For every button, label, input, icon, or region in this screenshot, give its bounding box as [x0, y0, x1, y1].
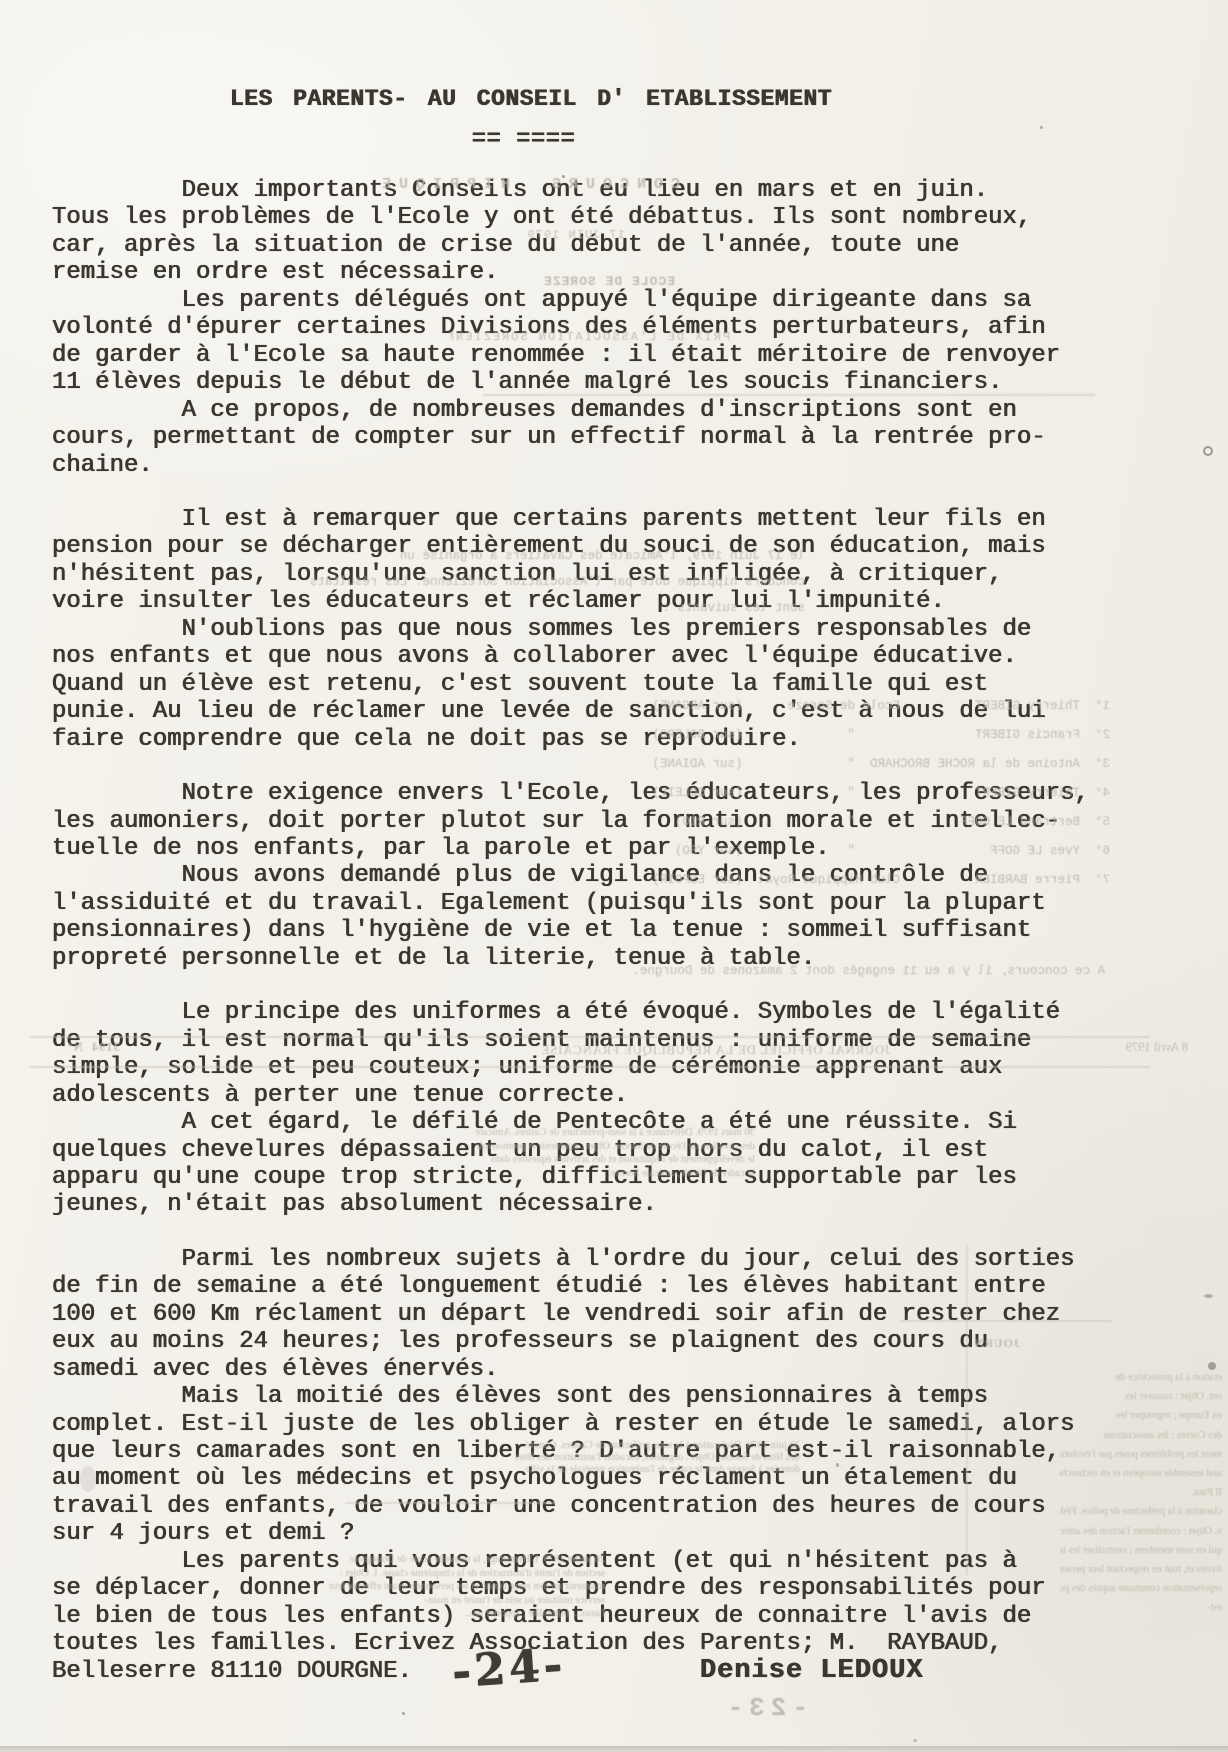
scan-speck — [913, 1739, 917, 1742]
ghost-text-line: 8 Avril 1979 — [1068, 1040, 1188, 1055]
ghost-text-line: sont les suivants : — [240, 595, 805, 621]
ghost-horizontal-rule — [345, 1502, 555, 1504]
scanned-page: LES PARENTS- AU CONSEIL D' ETABLISSEMENT… — [0, 0, 1228, 1752]
page-title: LES PARENTS- AU CONSEIL D' ETABLISSEMENT — [230, 86, 832, 112]
ghost-text-line: 2° Francis GIBERT " (sur BOLERO) — [330, 721, 1110, 750]
scan-speck — [836, 1463, 839, 1467]
ghost-text-line: 4° Thierry GIBERT " (sur SOLEIL) — [330, 779, 1110, 808]
ghost-text-line: CONCOURS HIPPIQUE — [335, 176, 680, 194]
author-signature: Denise LEDOUX — [700, 1656, 924, 1686]
handwritten-page-number: -24- — [450, 1639, 567, 1698]
ghost-text-line: l'asso... (s)tabilité ; apporter un... — [170, 1607, 605, 1621]
scan-speck — [80, 1466, 96, 1492]
text-line: de fin de semaine a été longuement étudi… — [52, 1273, 1152, 1300]
ghost-text-line: le cadre de l'école, amicale Soreze. — [360, 1167, 755, 1181]
text-line: de garder à l'Ecole sa haute renommée : … — [52, 342, 1152, 369]
ghost-text-line: und ensemble européen et en rechercher l… — [1060, 1464, 1222, 1483]
ghost-text-line: ECOLE DE SOREZE — [505, 274, 675, 289]
scan-speck — [1204, 1294, 1213, 1298]
text-line: 100 et 600 Km réclament un départ le ven… — [52, 1301, 1152, 1328]
ghost-text-line: service militaire au sein de l'unité en … — [170, 1594, 605, 1608]
ghost-text-line: 30 mars 1979. Délivrance à la sous-préfe… — [360, 1126, 755, 1140]
ghost-text-line: des cavaliers de l'école de Soreze. Obje… — [360, 1140, 755, 1154]
scan-speck — [1040, 126, 1043, 129]
ghost-text-line: eration à la protectrice de — [1060, 1368, 1222, 1387]
ghost-text-line: rez. Objet : rassurer les — [1060, 1387, 1222, 1406]
ghost-text-line: 6° Yves LE GOFF " (sur YSO) — [330, 837, 1110, 866]
ghost-text-line: représentation commune auprès des pouvoi… — [1060, 1579, 1222, 1598]
ghost-prix-association: PRIX DE L'ASSOCIATION SOREZIENNE — [450, 330, 730, 344]
text-line: toutes les familles. Ecrivez Association… — [52, 1630, 1152, 1657]
ghost-text-line: 26 juillet 1979. L'Hermitage, la nouvell… — [170, 1553, 605, 1567]
scan-speck — [402, 1712, 405, 1715]
ghost-text-line: section de l'unité d'instruction de la c… — [170, 1567, 605, 1581]
ghost-text-line: en Europe ; regrouper les — [1060, 1406, 1222, 1425]
text-line: Parmi les nombreux sujets à l'ordre du j… — [52, 1246, 1152, 1273]
ghost-text-line: -23- — [628, 1693, 808, 1723]
ghost-text-line: 1° Thierry GIBERT Ecole de Soreze (sur A… — [330, 692, 1110, 721]
paragraph: Parmi les nombreux sujets à l'ordre du j… — [52, 1246, 1152, 1383]
ghost-text-line: ment les problèmes posés par l'évolution… — [1060, 1445, 1222, 1464]
paragraph: A ce propos, de nombreuses demandes d'in… — [52, 397, 1152, 479]
text-line: complet. Est-il juste de les obliger à r… — [52, 1411, 1152, 1438]
ghost-text-line: est- — [1060, 1598, 1222, 1617]
ghost-ecole-soreze: ECOLE DE SOREZE — [505, 274, 675, 289]
ghost-unite-notice: 26 juillet 1979. L'Hermitage, la nouvell… — [170, 1553, 605, 1621]
ghost-horizontal-rule — [30, 1036, 1150, 1038]
text-line: A ce propos, de nombreuses demandes d'in… — [52, 397, 1152, 424]
ghost-right-column: eration à la protectrice derez. Objet : … — [1060, 1368, 1222, 1618]
ghost-text-line: données à Soreze dans le cadre de l'anim… — [375, 1464, 800, 1476]
ghost-palmares: 1° Thierry GIBERT Ecole de Soreze (sur A… — [330, 692, 1110, 895]
text-line: nos enfants et que nous avons à collabor… — [52, 643, 1152, 670]
ghost-text-line: 7° Pierre BARBIER Club Hippique Royal (s… — [330, 866, 1110, 895]
title-underline-marks: == ==== — [472, 126, 576, 152]
ghost-text-line: 3° Antoine de la ROCHE BROCHARD " (sur A… — [330, 750, 1110, 779]
ghost-text-line: qui en sont membres ; centraliser les in… — [1060, 1541, 1222, 1560]
ghost-vertical-rule — [966, 1245, 968, 1575]
ghost-text-line: JOURNAL OFFICIEL DE LA REPUBLIQUE FRANCA… — [330, 1043, 890, 1058]
text-line: samedi avec des élèves énervés. — [52, 1356, 1152, 1383]
ghost-journal-number: 3194 N° — [25, 1040, 120, 1055]
ghost-comite-fetes: 30 juin 1979. Déclaration à la sous-préf… — [375, 1440, 800, 1475]
scan-speck — [562, 175, 565, 178]
ghost-text-line: tivités et, tout en respectant leur pers… — [1060, 1560, 1222, 1579]
ghost-text-line: concours hippique doté par l'Association… — [240, 569, 805, 595]
ghost-horizontal-rule — [30, 1066, 1150, 1068]
text-line: pensionnaires) dans l'hygiène de vie et … — [52, 917, 1152, 944]
ghost-journal-title: JOURNAL OFFICIEL DE LA REPUBLIQUE FRANCA… — [330, 1043, 890, 1058]
ghost-journal-fragment: JOURN — [930, 1336, 1020, 1350]
scan-speck — [1208, 1362, 1216, 1370]
ghost-text-line: des Corses ; les associations — [1060, 1426, 1222, 1445]
ghost-horizontal-rule — [900, 1320, 1112, 1322]
text-line: travail des enfants, de vouloir une conc… — [52, 1493, 1152, 1520]
text-line: Les parents délégués ont appuyé l'équipe… — [52, 287, 1152, 314]
text-line: Le principe des uniformes a été évoqué. … — [52, 999, 1152, 1026]
ghost-text-line: 5° Bertrand LE GOFF " (sur RIO) — [330, 808, 1110, 837]
text-line: adolescents à perter une tenue correcte. — [52, 1082, 1152, 1109]
ghost-text-line: v. Objet : coordonner l'action des amica… — [1060, 1522, 1222, 1541]
text-line: jeunes, n'était pas absolument nécessair… — [52, 1191, 1152, 1218]
ghost-text-line: 3194 N° — [25, 1040, 120, 1055]
scan-bottom-edge — [0, 1746, 1228, 1752]
ghost-concours-note: A ce concours, il y a eu 11 engagés dont… — [600, 963, 1105, 979]
ghost-prefecture-notice: 30 mars 1979. Délivrance à la sous-préfe… — [360, 1126, 755, 1180]
text-line: Belleserre 81110 DOURGNE. — [52, 1658, 1152, 1685]
ghost-page-number: -23- — [628, 1693, 808, 1723]
text-line: sur 4 jours et demi ? — [52, 1520, 1152, 1547]
ghost-text-line: le développement de l'équitation et des … — [360, 1153, 755, 1167]
ghost-concours-title: CONCOURS HIPPIQUE — [335, 176, 680, 194]
ghost-text-line: 30 juin 1979. Déclaration à la sous-préf… — [375, 1440, 800, 1452]
text-line: Il est à remarquer que certains parents … — [52, 506, 1152, 533]
text-line: cours, permettant de compter sur un effe… — [52, 424, 1152, 451]
ghost-journal-date: 8 Avril 1979 — [1068, 1040, 1188, 1055]
ghost-text-line: claration à la préfecture de police. Féd… — [1060, 1502, 1222, 1521]
ghost-text-line: PRIX DE L'ASSOCIATION SOREZIENNE — [450, 330, 730, 344]
ghost-horizontal-rule — [483, 394, 1095, 396]
ghost-text-line: Il Para. — [1060, 1483, 1222, 1502]
ghost-text-line: maintenir un lien entre l'unité et les p… — [170, 1580, 605, 1594]
text-line: chaine. — [52, 452, 1152, 479]
text-line: Mais la moitié des élèves sont des pensi… — [52, 1383, 1152, 1410]
ghost-concours-date: 17 JUIN 1979 — [495, 228, 625, 242]
ghost-text-line: JOURN — [930, 1336, 1020, 1350]
ghost-concours-intro: le 17 Juin 1979, l'Amicale des Cavaliers… — [240, 543, 805, 621]
scan-speck — [1203, 446, 1213, 456]
text-line: 11 élèves depuis le début de l'année mal… — [52, 369, 1152, 396]
ghost-text-line: le 17 Juin 1979, l'Amicale des Cavaliers… — [240, 543, 805, 569]
ghost-text-line: A ce concours, il y a eu 11 engagés dont… — [600, 963, 1105, 979]
ghost-text-line: des fêtes de Soreze. Objet : organiser, … — [375, 1452, 800, 1464]
ghost-text-line: 17 JUIN 1979 — [495, 228, 625, 242]
